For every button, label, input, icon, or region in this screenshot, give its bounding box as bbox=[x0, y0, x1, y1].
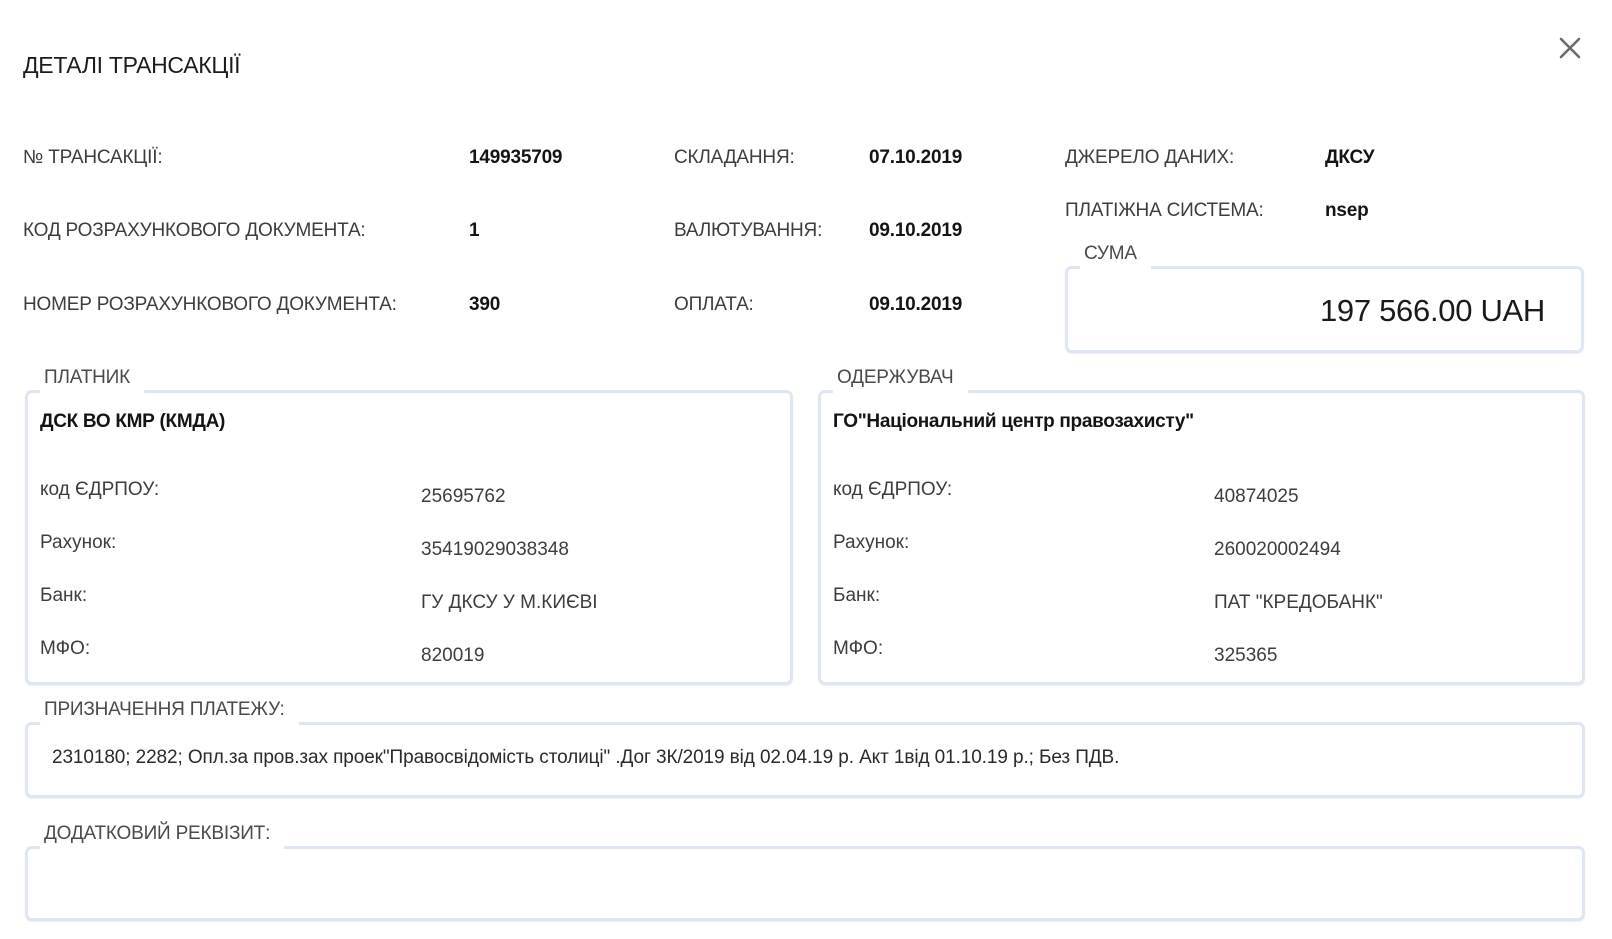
sum-value: 197 566.00 UAH bbox=[1320, 293, 1545, 329]
payer-account-label: Рахунок: bbox=[40, 532, 116, 554]
recipient-bank-value: ПАТ "КРЕДОБАНК" bbox=[1214, 592, 1383, 614]
payment-purpose-box: ПРИЗНАЧЕННЯ ПЛАТЕЖУ: 2310180; 2282; Опл.… bbox=[25, 722, 1585, 798]
data-source-value: ДКСУ bbox=[1325, 147, 1374, 169]
recipient-account-value: 260020002494 bbox=[1214, 539, 1341, 561]
sum-legend: СУМА bbox=[1080, 242, 1151, 272]
sum-box: СУМА 197 566.00 UAH bbox=[1065, 266, 1584, 353]
recipient-legend: ОДЕРЖУВАЧ bbox=[833, 366, 968, 396]
doc-number-value: 390 bbox=[469, 294, 500, 316]
payer-edrpou-value: 25695762 bbox=[421, 486, 506, 508]
doc-code-value: 1 bbox=[469, 220, 479, 242]
transaction-no-label: № ТРАНСАКЦІЇ: bbox=[23, 147, 162, 169]
payment-purpose-text: 2310180; 2282; Опл.за пров.зах проек"Пра… bbox=[52, 747, 1119, 769]
additional-requisite-box: ДОДАТКОВИЙ РЕКВІЗИТ: bbox=[25, 846, 1585, 921]
recipient-mfo-value: 325365 bbox=[1214, 645, 1277, 667]
recipient-account-label: Рахунок: bbox=[833, 532, 909, 554]
payer-box: ПЛАТНИК ДСК ВО КМР (КМДА) код ЄДРПОУ: 25… bbox=[25, 390, 793, 685]
payment-date-label: ОПЛАТА: bbox=[674, 294, 754, 316]
payer-name: ДСК ВО КМР (КМДА) bbox=[40, 411, 225, 433]
compiled-date-label: СКЛАДАННЯ: bbox=[674, 147, 795, 169]
payment-system-value: nsep bbox=[1325, 200, 1369, 222]
recipient-edrpou-value: 40874025 bbox=[1214, 486, 1299, 508]
valuation-date-value: 09.10.2019 bbox=[869, 220, 962, 242]
recipient-bank-label: Банк: bbox=[833, 585, 880, 607]
close-icon bbox=[1557, 35, 1583, 61]
payer-bank-value: ГУ ДКСУ У М.КИЄВІ bbox=[421, 592, 598, 614]
dialog-title: ДЕТАЛІ ТРАНСАКЦІЇ bbox=[23, 52, 240, 79]
recipient-name: ГО"Національний центр правозахисту" bbox=[833, 411, 1194, 433]
doc-number-label: НОМЕР РОЗРАХУНКОВОГО ДОКУМЕНТА: bbox=[23, 294, 397, 316]
close-button[interactable] bbox=[1557, 35, 1583, 61]
data-source-label: ДЖЕРЕЛО ДАНИХ: bbox=[1065, 147, 1234, 169]
payer-edrpou-label: код ЄДРПОУ: bbox=[40, 479, 159, 501]
payer-account-value: 35419029038348 bbox=[421, 539, 569, 561]
payer-mfo-label: МФО: bbox=[40, 638, 90, 660]
valuation-date-label: ВАЛЮТУВАННЯ: bbox=[674, 220, 822, 242]
compiled-date-value: 07.10.2019 bbox=[869, 147, 962, 169]
payment-date-value: 09.10.2019 bbox=[869, 294, 962, 316]
payer-mfo-value: 820019 bbox=[421, 645, 484, 667]
additional-requisite-legend: ДОДАТКОВИЙ РЕКВІЗИТ: bbox=[40, 822, 284, 852]
payment-purpose-legend: ПРИЗНАЧЕННЯ ПЛАТЕЖУ: bbox=[40, 698, 299, 728]
transaction-no-value: 149935709 bbox=[469, 147, 562, 169]
recipient-mfo-label: МФО: bbox=[833, 638, 883, 660]
doc-code-label: КОД РОЗРАХУНКОВОГО ДОКУМЕНТА: bbox=[23, 220, 366, 242]
recipient-box: ОДЕРЖУВАЧ ГО"Національний центр правозах… bbox=[818, 390, 1585, 685]
payment-system-label: ПЛАТІЖНА СИСТЕМА: bbox=[1065, 200, 1264, 222]
payer-bank-label: Банк: bbox=[40, 585, 87, 607]
recipient-edrpou-label: код ЄДРПОУ: bbox=[833, 479, 952, 501]
payer-legend: ПЛАТНИК bbox=[40, 366, 144, 396]
